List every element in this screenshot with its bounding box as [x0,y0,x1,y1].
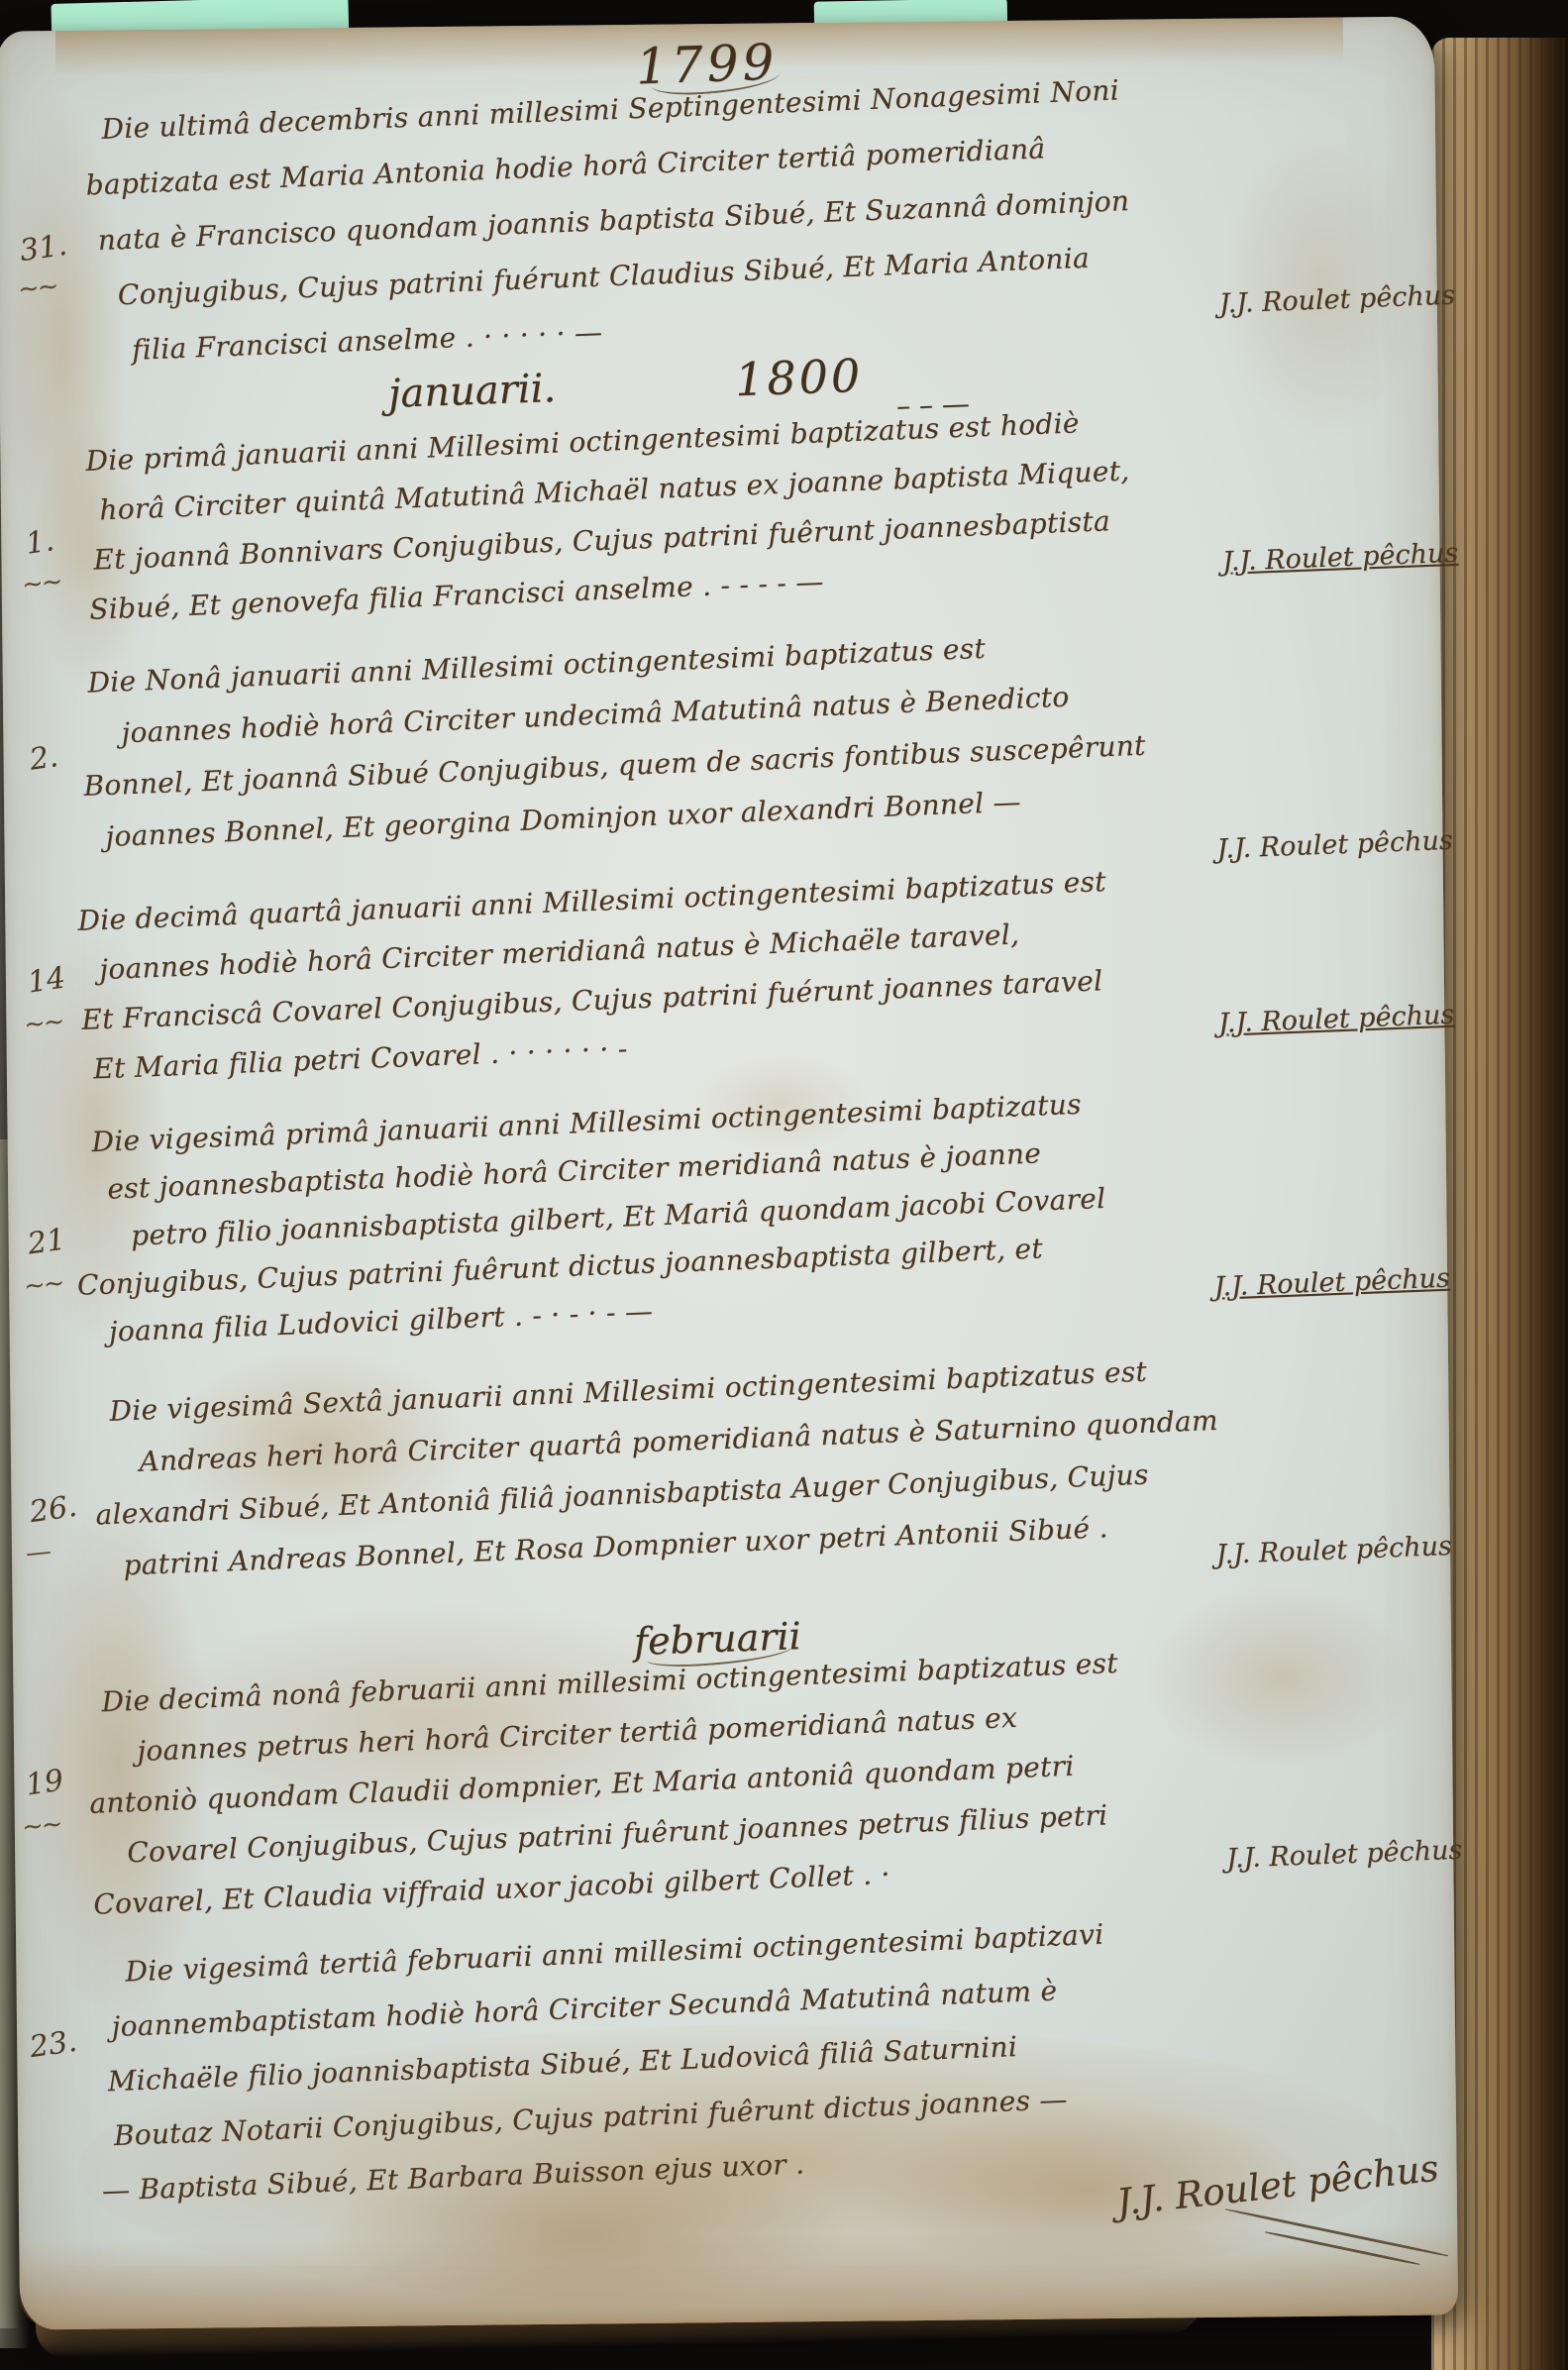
margin-day-number: 2. [28,739,60,778]
margin-day-number: 1. [24,523,56,562]
month-heading-january: januarii. [387,366,557,417]
margin-squiggle: ~~ [23,1268,64,1302]
baptism-entry: Die ultimâ decembris anni millesimi Sept… [71,63,1462,366]
margin-day-number: 21 [26,1223,68,1262]
margin-squiggle: ~~ [21,1809,62,1843]
margin-squiggle: ~~ [23,1007,64,1040]
margin-day-number: 31. [18,228,69,269]
margin-day-number: 23. [28,2024,79,2065]
register-scan: { "colors": { "ink": "#4a3520", "paper":… [0,0,1568,2370]
margin-squiggle: ~~ [17,271,58,305]
margin-squiggle: ~~ [21,567,62,600]
margin-day-number: 19 [24,1764,66,1803]
january-year-1800: 1800 [734,349,864,406]
margin-day-number: 14 [26,961,68,1001]
margin-day-number: 26. [28,1489,79,1530]
margin-squiggle: — [24,1537,51,1568]
